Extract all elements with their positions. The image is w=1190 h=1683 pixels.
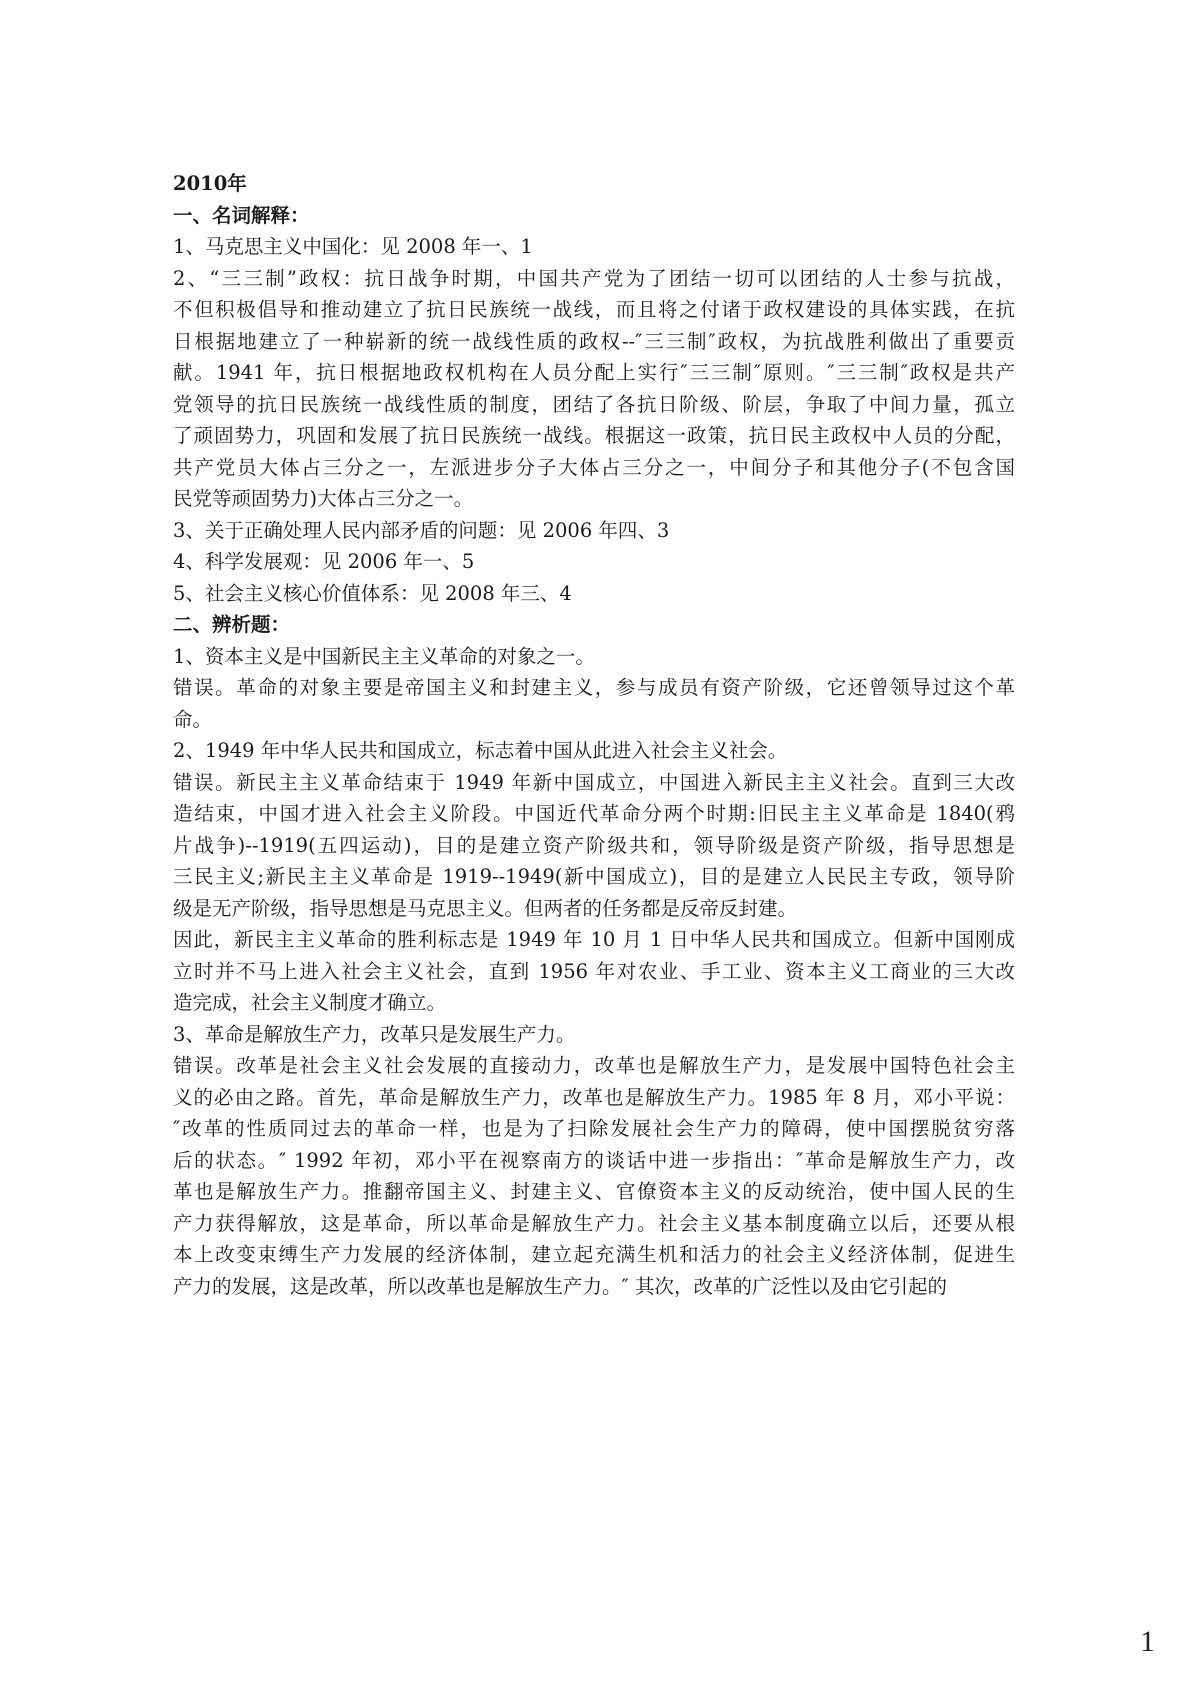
text-line: 后的状态。″ 1992 年初，邓小平在视察南方的谈话中进一步指出：″革命是解放生…	[173, 1145, 1015, 1177]
text-line: 4、科学发展观：见 2006 年一、5	[173, 546, 1015, 578]
text-line: 民党等顽固势力)大体占三分之一。	[173, 483, 1015, 515]
text-line: 片战争)--1919(五四运动)，目的是建立资产阶级共和，领导阶级是资产阶级，指…	[173, 830, 1015, 862]
text-line: 1、资本主义是中国新民主主义革命的对象之一。	[173, 641, 1015, 673]
text-line: 立时并不马上进入社会主义社会，直到 1956 年对农业、手工业、资本主义工商业的…	[173, 956, 1015, 988]
text-line: 错误。革命的对象主要是帝国主义和封建主义，参与成员有资产阶级，它还曾领导过这个革	[173, 672, 1015, 704]
text-line: 造结束，中国才进入社会主义阶段。中国近代革命分两个时期:旧民主主义革命是 184…	[173, 798, 1015, 830]
text-line: 造完成，社会主义制度才确立。	[173, 987, 1015, 1019]
year-title: 2010年	[173, 168, 1015, 200]
paragraph: 2、1949 年中华人民共和国成立，标志着中国从此进入社会主义社会。	[173, 735, 1015, 767]
section-heading-analysis: 二、辨析题：	[173, 609, 1015, 641]
paragraph: 2、“三三制”政权：抗日战争时期，中国共产党为了团结一切可以团结的人士参与抗战，…	[173, 263, 1015, 515]
text-line: 错误。新民主主义革命结束于 1949 年新中国成立，中国进入新民主主义社会。直到…	[173, 767, 1015, 799]
section-terms-items: 1、马克思主义中国化：见 2008 年一、12、“三三制”政权：抗日战争时期，中…	[173, 231, 1015, 609]
text-line: 1、马克思主义中国化：见 2008 年一、1	[173, 231, 1015, 263]
text-line: 不但积极倡导和推动建立了抗日民族统一战线，而且将之付诸于政权建设的具体实践，在抗	[173, 294, 1015, 326]
paragraph: 5、社会主义核心价值体系：见 2008 年三、4	[173, 578, 1015, 610]
text-line: 党领导的抗日民族统一战线性质的制度，团结了各抗日阶级、阶层，争取了中间力量，孤立	[173, 389, 1015, 421]
text-line: 2、“三三制”政权：抗日战争时期，中国共产党为了团结一切可以团结的人士参与抗战，	[173, 263, 1015, 295]
text-line: 三民主义;新民主主义革命是 1919--1949(新中国成立)，目的是建立人民民…	[173, 861, 1015, 893]
text-line: 共产党员大体占三分之一，左派进步分子大体占三分之一，中间分子和其他分子(不包含国	[173, 452, 1015, 484]
paragraph: 错误。革命的对象主要是帝国主义和封建主义，参与成员有资产阶级，它还曾领导过这个革…	[173, 672, 1015, 735]
section-analysis-items: 1、资本主义是中国新民主主义革命的对象之一。错误。革命的对象主要是帝国主义和封建…	[173, 641, 1015, 1303]
document-page: 2010年 一、名词解释： 1、马克思主义中国化：见 2008 年一、12、“三…	[173, 168, 1015, 1302]
text-line: 革也是解放生产力。推翻帝国主义、封建主义、官僚资本主义的反动统治，使中国人民的生	[173, 1176, 1015, 1208]
text-line: 献。1941 年，抗日根据地政权机构在人员分配上实行″三三制″原则。″三三制″政…	[173, 357, 1015, 389]
paragraph: 1、马克思主义中国化：见 2008 年一、1	[173, 231, 1015, 263]
paragraph: 3、关于正确处理人民内部矛盾的问题：见 2006 年四、3	[173, 515, 1015, 547]
paragraph: 1、资本主义是中国新民主主义革命的对象之一。	[173, 641, 1015, 673]
text-line: 因此，新民主主义革命的胜利标志是 1949 年 10 月 1 日中华人民共和国成…	[173, 924, 1015, 956]
text-line: 产力的发展，这是改革，所以改革也是解放生产力。″ 其次，改革的广泛性以及由它引起…	[173, 1271, 1015, 1303]
page-number: 1	[1140, 1625, 1155, 1659]
text-line: ″改革的性质同过去的革命一样，也是为了扫除发展社会生产力的障碍，使中国摆脱贫穷落	[173, 1113, 1015, 1145]
paragraph: 错误。改革是社会主义社会发展的直接动力，改革也是解放生产力，是发展中国特色社会主…	[173, 1050, 1015, 1302]
text-line: 了顽固势力，巩固和发展了抗日民族统一战线。根据这一政策，抗日民主政权中人员的分配…	[173, 420, 1015, 452]
text-line: 3、关于正确处理人民内部矛盾的问题：见 2006 年四、3	[173, 515, 1015, 547]
paragraph: 错误。新民主主义革命结束于 1949 年新中国成立，中国进入新民主主义社会。直到…	[173, 767, 1015, 925]
text-line: 3、革命是解放生产力，改革只是发展生产力。	[173, 1019, 1015, 1051]
text-line: 2、1949 年中华人民共和国成立，标志着中国从此进入社会主义社会。	[173, 735, 1015, 767]
paragraph: 3、革命是解放生产力，改革只是发展生产力。	[173, 1019, 1015, 1051]
paragraph: 4、科学发展观：见 2006 年一、5	[173, 546, 1015, 578]
text-line: 级是无产阶级，指导思想是马克思主义。但两者的任务都是反帝反封建。	[173, 893, 1015, 925]
text-line: 义的必由之路。首先，革命是解放生产力，改革也是解放生产力。1985 年 8 月，…	[173, 1082, 1015, 1114]
text-line: 产力获得解放，这是革命，所以革命是解放生产力。社会主义基本制度确立以后，还要从根	[173, 1208, 1015, 1240]
paragraph: 因此，新民主主义革命的胜利标志是 1949 年 10 月 1 日中华人民共和国成…	[173, 924, 1015, 1019]
text-line: 命。	[173, 704, 1015, 736]
text-line: 日根据地建立了一种崭新的统一战线性质的政权--″三三制″政权，为抗战胜利做出了重…	[173, 326, 1015, 358]
text-line: 错误。改革是社会主义社会发展的直接动力，改革也是解放生产力，是发展中国特色社会主	[173, 1050, 1015, 1082]
text-line: 本上改变束缚生产力发展的经济体制，建立起充满生机和活力的社会主义经济体制，促进生	[173, 1239, 1015, 1271]
section-heading-terms: 一、名词解释：	[173, 200, 1015, 232]
text-line: 5、社会主义核心价值体系：见 2008 年三、4	[173, 578, 1015, 610]
